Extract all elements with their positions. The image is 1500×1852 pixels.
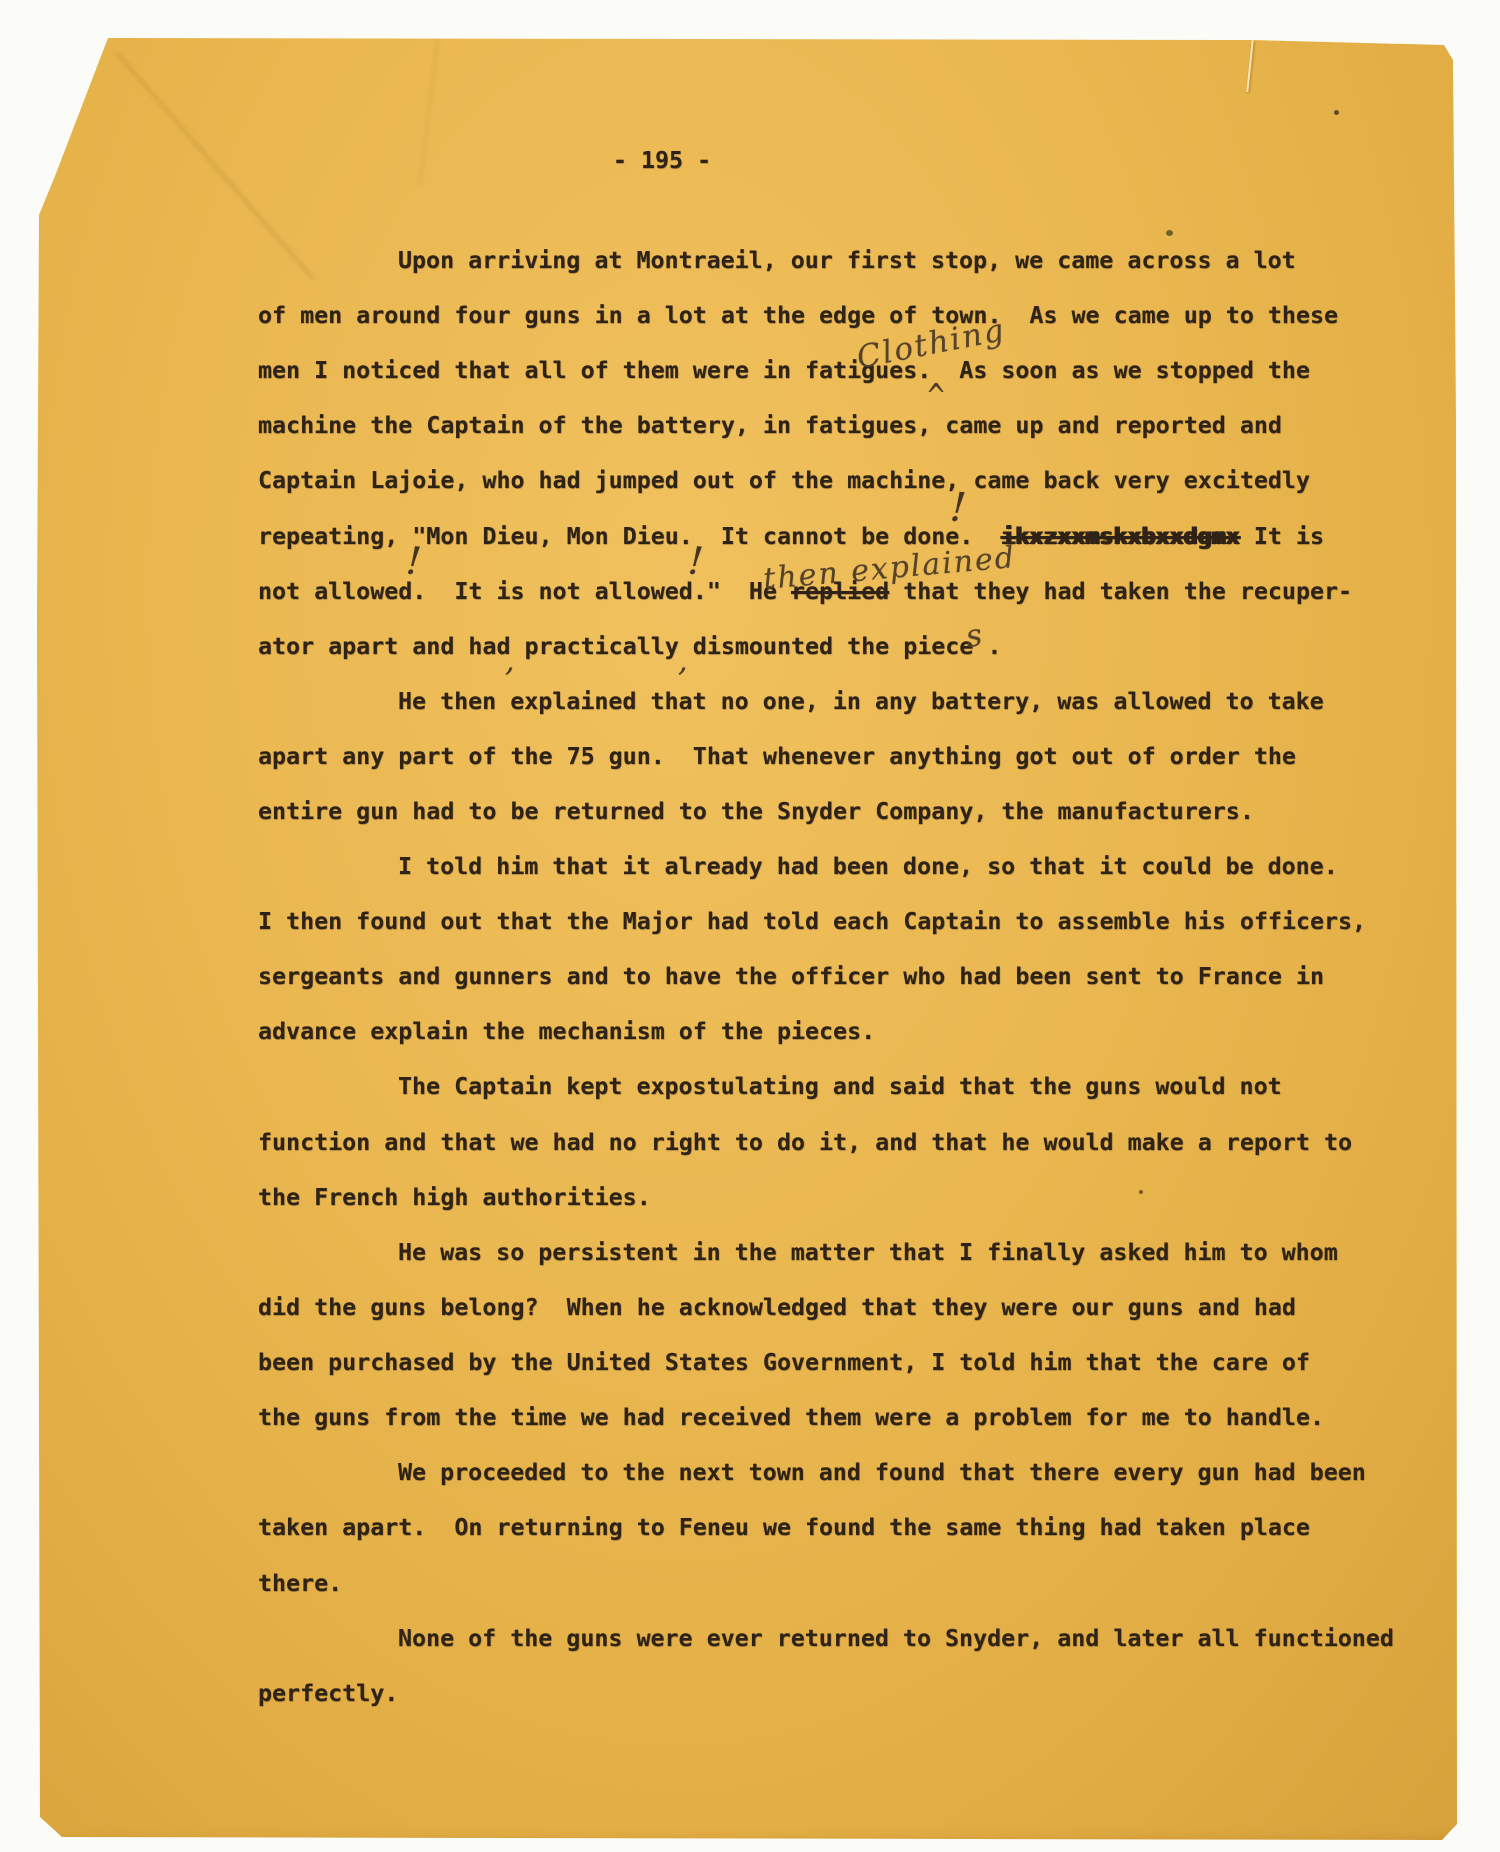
typed-line: machine the Captain of the battery, in f… <box>258 412 1282 440</box>
struck-out-text: ikxzxxmskxbxxdgmx <box>1001 523 1239 550</box>
handwritten-exclamation: ! <box>687 542 705 581</box>
typed-line: did the guns belong? When he acknowledge… <box>258 1294 1296 1322</box>
typed-line: apart any part of the 75 gun. That whene… <box>258 743 1296 771</box>
typed-line: Upon arriving at Montraeil, our first st… <box>258 247 1296 275</box>
typed-line: He then explained that no one, in any ba… <box>258 688 1324 716</box>
page-number: - 195 - <box>592 147 732 175</box>
typed-line: function and that we had no right to do … <box>258 1129 1352 1157</box>
typed-line: The Captain kept expostulating and said … <box>258 1073 1282 1101</box>
typed-line: taken apart. On returning to Feneu we fo… <box>258 1514 1310 1542</box>
scanned-document: - 195 - Upon arriving at Montraeil, our … <box>0 0 1500 1852</box>
typed-text: not allowed. It is not allowed." He <box>258 578 791 605</box>
typed-line: I then found out that the Major had told… <box>258 908 1366 936</box>
typed-line: ator apart and had practically dismounte… <box>258 633 1001 661</box>
handwritten-caret: ^ <box>926 377 946 415</box>
typed-line: perfectly. <box>258 1680 398 1708</box>
paper-sheet: - 195 - Upon arriving at Montraeil, our … <box>0 0 1500 1852</box>
paper-crease <box>419 36 439 185</box>
typed-text: It is <box>1240 523 1324 550</box>
typed-line: sergeants and gunners and to have the of… <box>258 963 1324 991</box>
handwritten-exclamation: ! <box>949 487 968 528</box>
typed-line: been purchased by the United States Gove… <box>258 1349 1310 1377</box>
paper-speck <box>1139 1190 1143 1194</box>
typed-text: that they had taken the recuper- <box>889 578 1352 605</box>
handwritten-comma: , <box>678 644 688 679</box>
typed-line: I told him that it already had been done… <box>258 853 1338 881</box>
typed-line: of men around four guns in a lot at the … <box>258 302 1338 330</box>
typed-line: men I noticed that all of them were in f… <box>258 357 1310 385</box>
typed-line: We proceeded to the next town and found … <box>258 1459 1366 1487</box>
typed-line: advance explain the mechanism of the pie… <box>258 1018 875 1046</box>
typed-line: He was so persistent in the matter that … <box>258 1239 1338 1267</box>
typed-line: the guns from the time we had received t… <box>258 1404 1324 1432</box>
paper-speck <box>1334 110 1339 115</box>
paper-tear <box>1246 40 1253 92</box>
typed-line: entire gun had to be returned to the Sny… <box>258 798 1254 826</box>
typed-line: the French high authorities. <box>258 1184 651 1212</box>
typed-line: there. <box>258 1570 342 1598</box>
paper-speck <box>1166 230 1173 236</box>
handwritten-comma: , <box>505 644 515 679</box>
handwritten-exclamation: ! <box>405 542 423 581</box>
typed-line: None of the guns were ever returned to S… <box>258 1625 1394 1653</box>
typed-text: repeating, "Mon Dieu, Mon Dieu. It canno… <box>258 523 1001 550</box>
typed-line: Captain Lajoie, who had jumped out of th… <box>258 467 1310 495</box>
